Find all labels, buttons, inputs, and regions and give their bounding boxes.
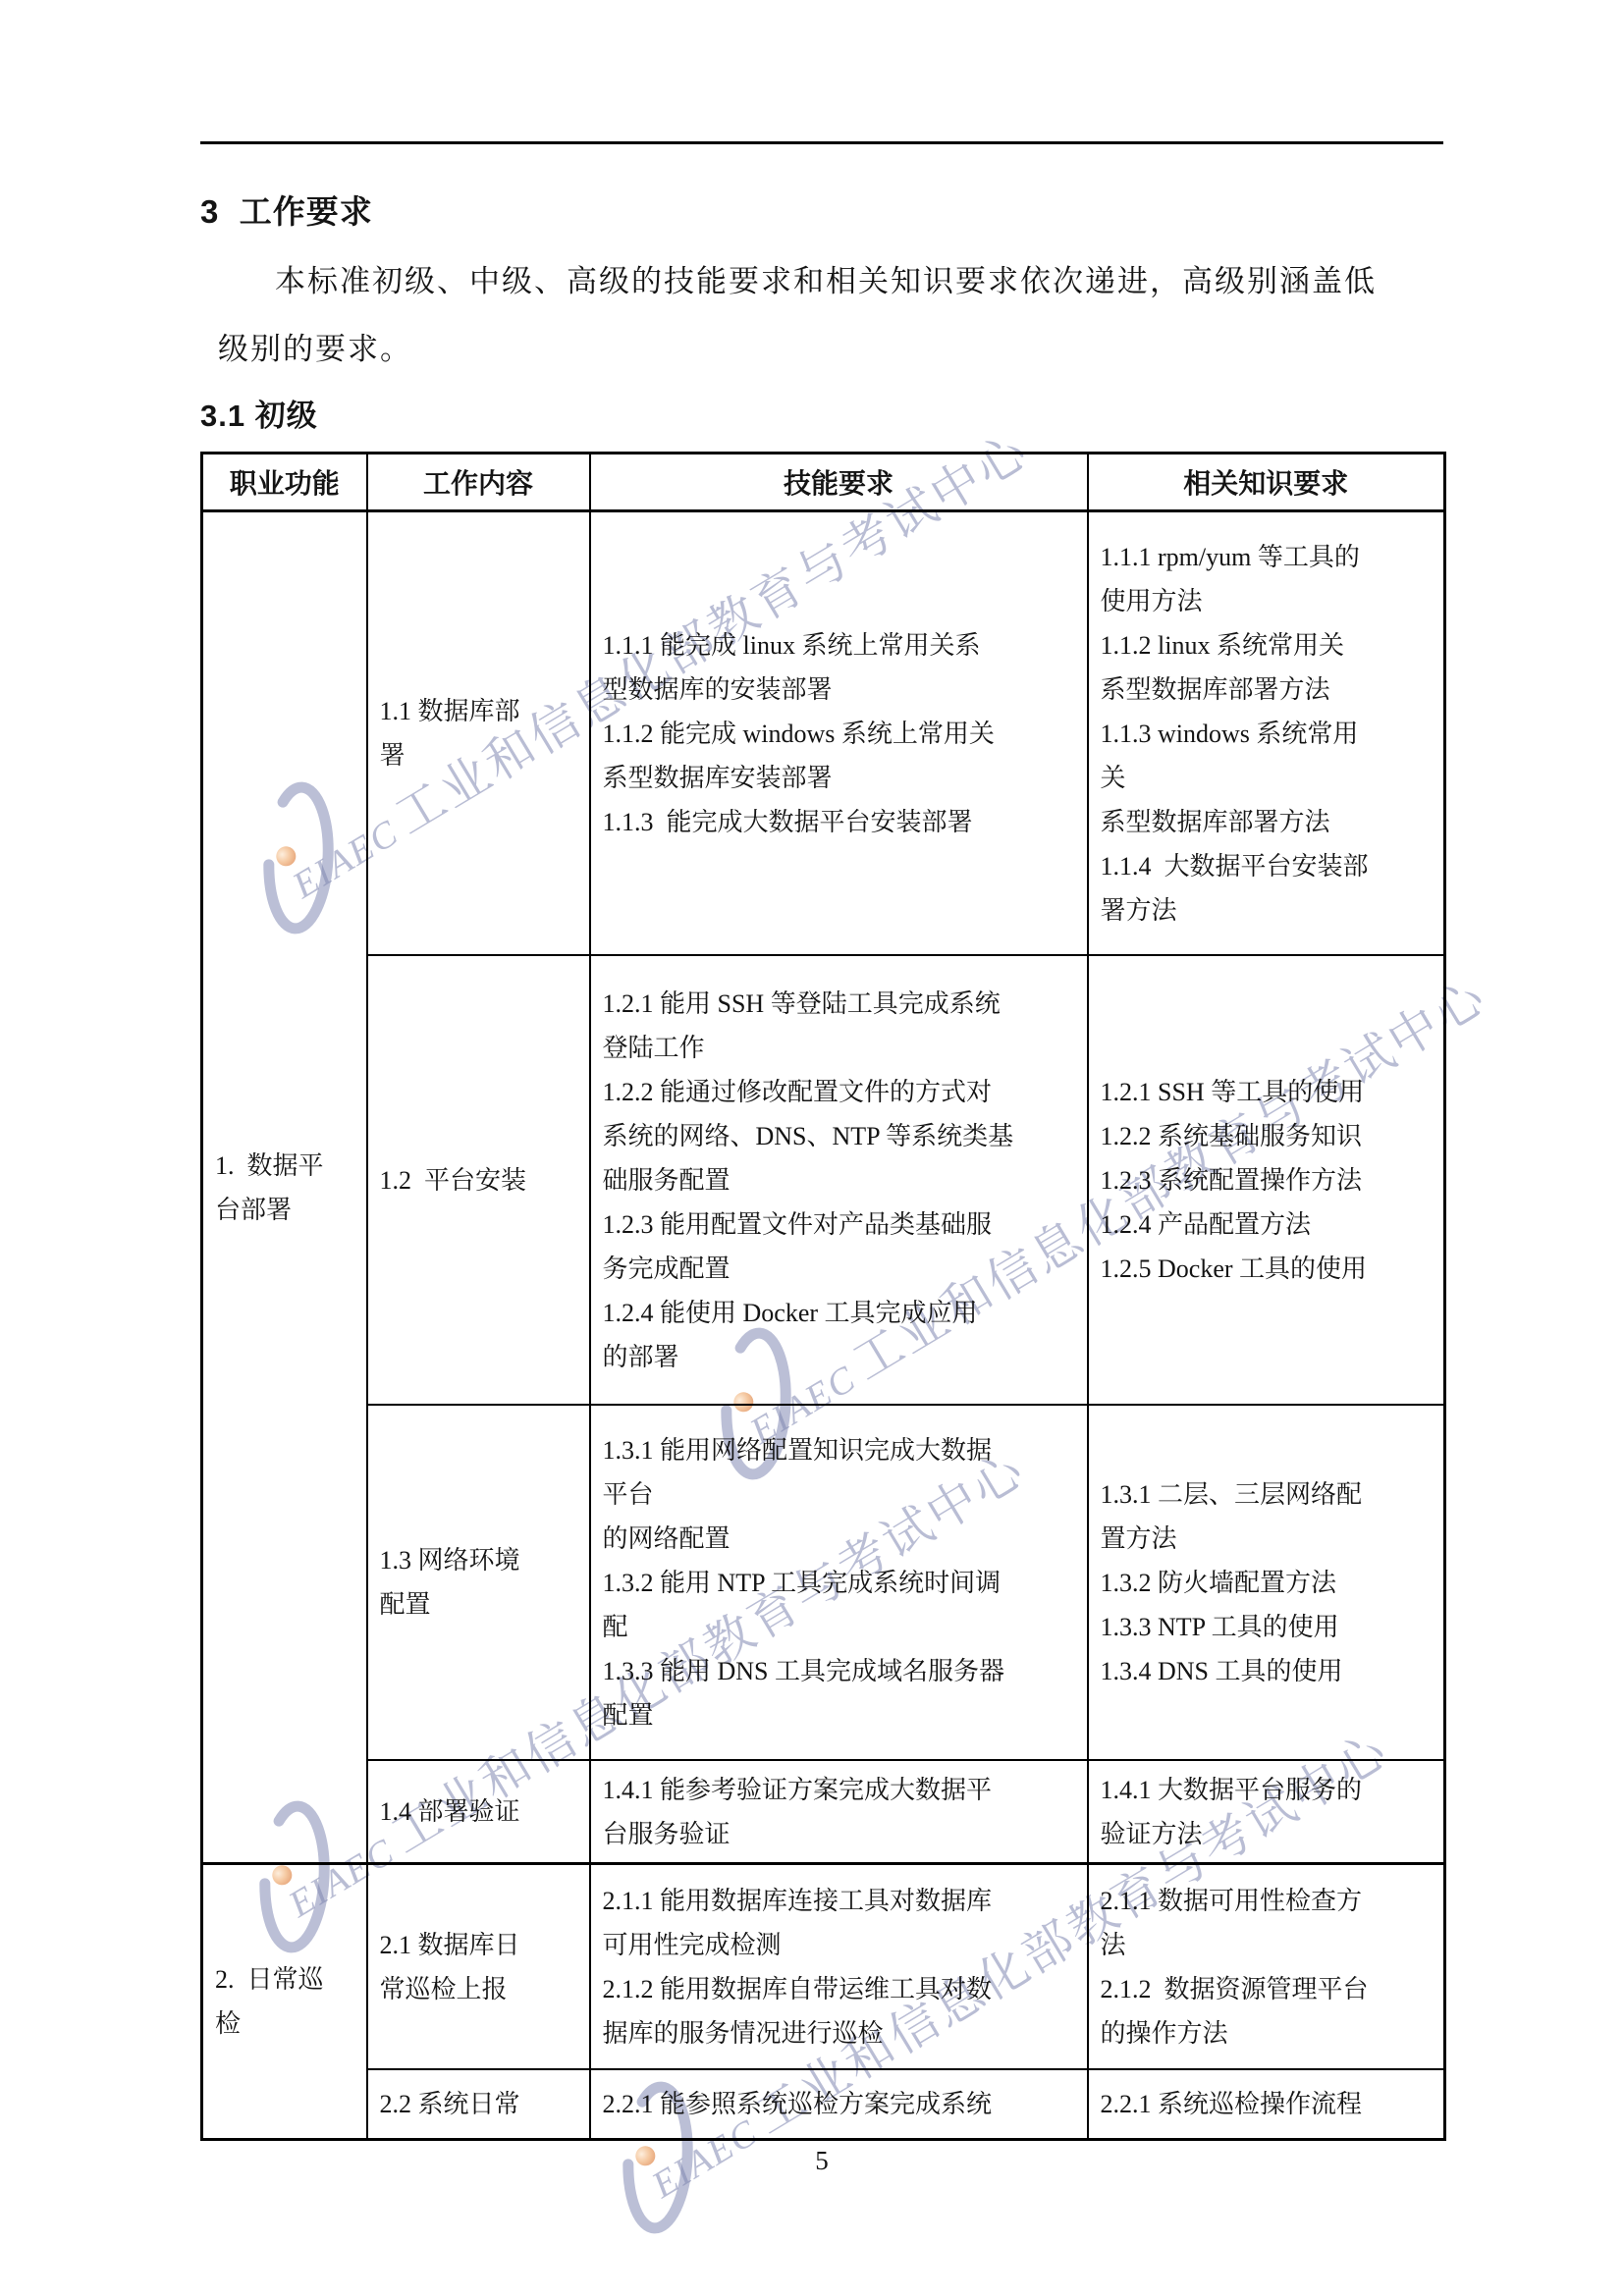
cell-skills-1-3: 1.3.1 能用网络配置知识完成大数据 平台 的网络配置 1.3.2 能用 NT… bbox=[590, 1405, 1088, 1760]
cell-knowledge-1-2: 1.2.1 SSH 等工具的使用 1.2.2 系统基础服务知识 1.2.3 系统… bbox=[1088, 955, 1445, 1405]
col-header-knowledge: 相关知识要求 bbox=[1088, 454, 1445, 511]
cell-knowledge-2-2: 2.2.1 系统巡检操作流程 bbox=[1088, 2069, 1445, 2140]
col-header-function: 职业功能 bbox=[202, 454, 367, 511]
col-header-work-content: 工作内容 bbox=[367, 454, 590, 511]
table-row: 1.3 网络环境 配置 1.3.1 能用网络配置知识完成大数据 平台 的网络配置… bbox=[202, 1405, 1445, 1760]
table-row: 1. 数据平 台部署 1.1 数据库部 署 1.1.1 能完成 linux 系统… bbox=[202, 511, 1445, 956]
cell-skills-2-1: 2.1.1 能用数据库连接工具对数据库 可用性完成检测 2.1.2 能用数据库自… bbox=[590, 1864, 1088, 2070]
document-page: EIAEC工业和信息化部教育与考试中心 EIAEC工业和信息化部教育与考试中心 … bbox=[0, 0, 1624, 2296]
section-heading: 3 工作要求 bbox=[200, 187, 373, 233]
page-number: 5 bbox=[200, 2146, 1443, 2176]
col-header-skills: 技能要求 bbox=[590, 454, 1088, 511]
cell-work-content-1-2: 1.2 平台安装 bbox=[367, 955, 590, 1405]
requirements-table: 职业功能 工作内容 技能要求 相关知识要求 1. 数据平 台部署 1.1 数据库… bbox=[200, 452, 1446, 2141]
table-header-row: 职业功能 工作内容 技能要求 相关知识要求 bbox=[202, 454, 1445, 511]
cell-knowledge-1-3: 1.3.1 二层、三层网络配 置方法 1.3.2 防火墙配置方法 1.3.3 N… bbox=[1088, 1405, 1445, 1760]
cell-knowledge-2-1: 2.1.1 数据可用性检查方 法 2.1.2 数据资源管理平台 的操作方法 bbox=[1088, 1864, 1445, 2070]
cell-work-content-1-3: 1.3 网络环境 配置 bbox=[367, 1405, 590, 1760]
cell-skills-1-4: 1.4.1 能参考验证方案完成大数据平 台服务验证 bbox=[590, 1760, 1088, 1864]
table-row: 1.4 部署验证 1.4.1 能参考验证方案完成大数据平 台服务验证 1.4.1… bbox=[202, 1760, 1445, 1864]
intro-paragraph: 本标准初级、中级、高级的技能要求和相关知识要求依次递进，高级别涵盖低 级别的要求… bbox=[218, 247, 1455, 383]
cell-skills-2-2: 2.2.1 能参照系统巡检方案完成系统 bbox=[590, 2069, 1088, 2140]
table-row: 2. 日常巡 检 2.1 数据库日 常巡检上报 2.1.1 能用数据库连接工具对… bbox=[202, 1864, 1445, 2070]
cell-work-content-2-1: 2.1 数据库日 常巡检上报 bbox=[367, 1864, 590, 2070]
cell-work-content-2-2: 2.2 系统日常 bbox=[367, 2069, 590, 2140]
cell-work-content-1-1: 1.1 数据库部 署 bbox=[367, 511, 590, 956]
cell-function-group-1: 1. 数据平 台部署 bbox=[202, 511, 367, 1864]
table-row: 1.2 平台安装 1.2.1 能用 SSH 等登陆工具完成系统 登陆工作 1.2… bbox=[202, 955, 1445, 1405]
cell-function-group-2: 2. 日常巡 检 bbox=[202, 1864, 367, 2140]
subsection-heading: 3.1 初级 bbox=[200, 391, 318, 435]
header-rule bbox=[200, 141, 1443, 144]
cell-knowledge-1-4: 1.4.1 大数据平台服务的 验证方法 bbox=[1088, 1760, 1445, 1864]
cell-skills-1-2: 1.2.1 能用 SSH 等登陆工具完成系统 登陆工作 1.2.2 能通过修改配… bbox=[590, 955, 1088, 1405]
cell-skills-1-1: 1.1.1 能完成 linux 系统上常用关系 型数据库的安装部署 1.1.2 … bbox=[590, 511, 1088, 956]
cell-work-content-1-4: 1.4 部署验证 bbox=[367, 1760, 590, 1864]
table-row: 2.2 系统日常 2.2.1 能参照系统巡检方案完成系统 2.2.1 系统巡检操… bbox=[202, 2069, 1445, 2140]
cell-knowledge-1-1: 1.1.1 rpm/yum 等工具的 使用方法 1.1.2 linux 系统常用… bbox=[1088, 511, 1445, 956]
